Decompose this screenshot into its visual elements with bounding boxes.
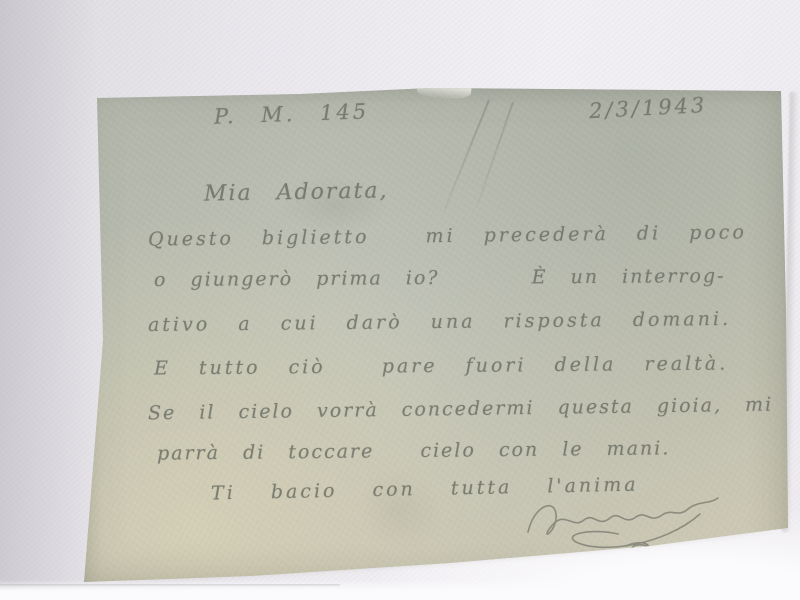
postcard: P. M. 145 2/3/1943 Mia Adorata, Questo b… [84,86,790,586]
photo-of-postcard: P. M. 145 2/3/1943 Mia Adorata, Questo b… [0,0,800,600]
salutation-line: Mia Adorata, [204,178,389,206]
body-line: o giungerò prima io? È un interrog- [154,265,726,291]
